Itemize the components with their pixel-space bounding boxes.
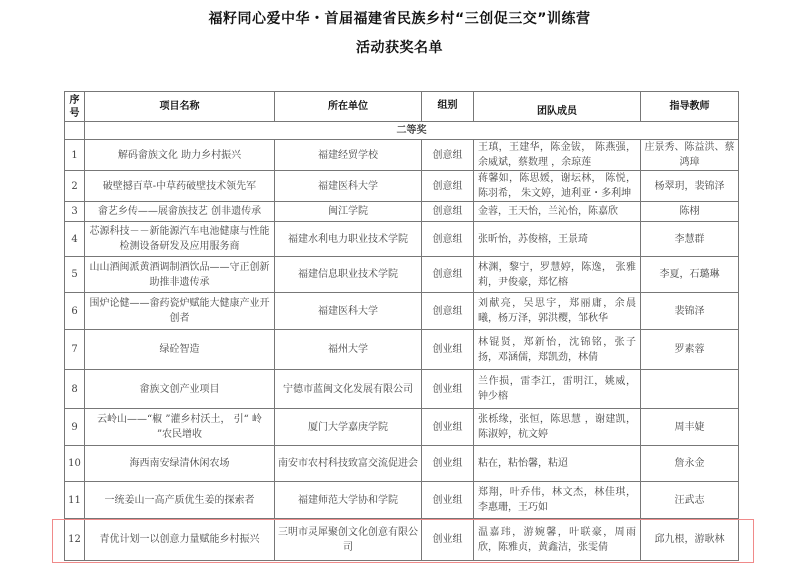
section-label: 二等奖 xyxy=(85,122,739,140)
project-name-cell: 绿砼智造 xyxy=(85,330,275,370)
advisor-cell xyxy=(641,370,739,409)
group-cell: 创意组 xyxy=(422,293,474,330)
table-row: 12青优计划一以创意力量赋能乡村振兴三明市灵犀聚创文化创意有限公司创业组温嘉玮，… xyxy=(65,519,739,561)
award-table: 序号 项目名称 所在单位 组别 团队成员 指导教师 二等奖 1解码畲族文化 助力… xyxy=(64,91,739,561)
advisor-cell: 周丰婕 xyxy=(641,409,739,446)
members-cell: 粘在，粘怡馨，粘迢 xyxy=(474,446,641,482)
seq-cell: 1 xyxy=(65,140,85,171)
unit-cell: 福建经贸学校 xyxy=(275,140,422,171)
group-cell: 创业组 xyxy=(422,370,474,409)
advisor-cell: 庄景秀、陈益洪、蔡鸿璋 xyxy=(641,140,739,171)
group-cell: 创意组 xyxy=(422,140,474,171)
unit-cell: 宁德市蓝闽文化发展有限公司 xyxy=(275,370,422,409)
group-cell: 创业组 xyxy=(422,446,474,482)
project-name-cell: 畲族文创产业项目 xyxy=(85,370,275,409)
table-row: 4芯源科技－－新能源汽车电池健康与性能检测设备研发及应用服务商福建水利电力职业技… xyxy=(65,222,739,257)
unit-cell: 福建师范大学协和学院 xyxy=(275,482,422,519)
table-row: 7绿砼智造福州大学创业组林锟贤，郑新怡，沈锦铭，张子扬，邓涵儒，郑凯劲，林倩罗素… xyxy=(65,330,739,370)
table-row: 2破壁撼百草-中草药破壁技术领先军福建医科大学创意组蒋馨如，陈思媛，谢坛林， 陈… xyxy=(65,171,739,202)
seq-cell: 6 xyxy=(65,293,85,330)
seq-cell: 7 xyxy=(65,330,85,370)
group-cell: 创业组 xyxy=(422,409,474,446)
section-row: 二等奖 xyxy=(65,122,739,140)
members-cell: 温嘉玮，游婉馨，叶联豪，周雨欣，陈雅贞，黄鑫洁，张雯倩 xyxy=(474,519,641,561)
header-unit: 所在单位 xyxy=(275,92,422,122)
group-cell: 创业组 xyxy=(422,330,474,370)
advisor-cell: 李慧群 xyxy=(641,222,739,257)
advisor-cell: 裴锦泽 xyxy=(641,293,739,330)
seq-cell: 8 xyxy=(65,370,85,409)
members-cell: 林锟贤，郑新怡，沈锦铭，张子扬，邓涵儒，郑凯劲，林倩 xyxy=(474,330,641,370)
members-cell: 刘献亮，吴思宇，郑丽庸，余晨曦，杨万泽，郭洪樱，邹秋华 xyxy=(474,293,641,330)
project-name-cell: 青优计划一以创意力量赋能乡村振兴 xyxy=(85,519,275,561)
group-cell: 创意组 xyxy=(422,257,474,293)
unit-cell: 闽江学院 xyxy=(275,202,422,222)
members-cell: 王瑱，王建华，陈金钹， 陈燕强，余威斌，蔡数理 ，余琼莲 xyxy=(474,140,641,171)
table-row: 5山山酒闽派黄酒调制酒饮品——守正创新助推非遗传承福建信息职业技术学院创意组林渊… xyxy=(65,257,739,293)
unit-cell: 福建水利电力职业技术学院 xyxy=(275,222,422,257)
members-cell: 张昕怡，苏俊榕，王景琦 xyxy=(474,222,641,257)
header-members: 团队成员 xyxy=(474,92,641,122)
table-row: 3畲艺乡传——展畲族技艺 创非遗传承闽江学院创意组金蓉，王天怡，兰沁怡，陈嘉欣陈… xyxy=(65,202,739,222)
unit-cell: 南安市农村科技致富交流促进会 xyxy=(275,446,422,482)
document-title: 福籽同心爱中华・首届福建省民族乡村“三创促三交”训练营 xyxy=(0,8,799,28)
project-name-cell: 一统姜山一高产质优生姜的探索者 xyxy=(85,482,275,519)
advisor-cell: 陈栩 xyxy=(641,202,739,222)
unit-cell: 三明市灵犀聚创文化创意有限公司 xyxy=(275,519,422,561)
members-cell: 张栎缘，张恒，陈思慧 ，谢建凯，陈淑婷，杭文婷 xyxy=(474,409,641,446)
advisor-cell: 罗素蓉 xyxy=(641,330,739,370)
unit-cell: 福州大学 xyxy=(275,330,422,370)
table-row: 1解码畲族文化 助力乡村振兴福建经贸学校创意组王瑱，王建华，陈金钹， 陈燕强，余… xyxy=(65,140,739,171)
seq-cell: 4 xyxy=(65,222,85,257)
project-name-cell: 解码畲族文化 助力乡村振兴 xyxy=(85,140,275,171)
header-seq: 序号 xyxy=(65,92,85,122)
section-seq-cell xyxy=(65,122,85,140)
seq-cell: 2 xyxy=(65,171,85,202)
advisor-cell: 汪武志 xyxy=(641,482,739,519)
table-row: 6围炉论健——畲药瓷炉赋能大健康产业开创者福建医科大学创意组刘献亮，吴思宇，郑丽… xyxy=(65,293,739,330)
group-cell: 创业组 xyxy=(422,519,474,561)
header-advisor: 指导教师 xyxy=(641,92,739,122)
members-cell: 蒋馨如，陈思媛，谢坛林， 陈悦， 陈羽希， 朱文婷，迪利亚・多利坤 xyxy=(474,171,641,202)
unit-cell: 福建医科大学 xyxy=(275,293,422,330)
group-cell: 创意组 xyxy=(422,171,474,202)
table-row: 9云岭山——“椒 ”灌乡村沃土， 引“ 岭 ”农民增收厦门大学嘉庚学院创业组张栎… xyxy=(65,409,739,446)
group-cell: 创意组 xyxy=(422,202,474,222)
advisor-cell: 杨翠玥，裴锦泽 xyxy=(641,171,739,202)
table-row: 8畲族文创产业项目宁德市蓝闽文化发展有限公司创业组兰作损，雷李江，雷明江，姚威，… xyxy=(65,370,739,409)
project-name-cell: 海西南安绿清休闲农场 xyxy=(85,446,275,482)
header-group: 组别 xyxy=(422,92,474,122)
project-name-cell: 芯源科技－－新能源汽车电池健康与性能检测设备研发及应用服务商 xyxy=(85,222,275,257)
seq-cell: 12 xyxy=(65,519,85,561)
project-name-cell: 云岭山——“椒 ”灌乡村沃土， 引“ 岭 ”农民增收 xyxy=(85,409,275,446)
seq-cell: 11 xyxy=(65,482,85,519)
document-subtitle: 活动获奖名单 xyxy=(0,37,799,57)
header-project: 项目名称 xyxy=(85,92,275,122)
unit-cell: 福建信息职业技术学院 xyxy=(275,257,422,293)
advisor-cell: 詹永金 xyxy=(641,446,739,482)
seq-cell: 10 xyxy=(65,446,85,482)
seq-cell: 3 xyxy=(65,202,85,222)
table-header-row: 序号 项目名称 所在单位 组别 团队成员 指导教师 xyxy=(65,92,739,122)
advisor-cell: 李夏，石璐琳 xyxy=(641,257,739,293)
project-name-cell: 畲艺乡传——展畲族技艺 创非遗传承 xyxy=(85,202,275,222)
project-name-cell: 破壁撼百草-中草药破壁技术领先军 xyxy=(85,171,275,202)
group-cell: 创业组 xyxy=(422,482,474,519)
unit-cell: 厦门大学嘉庚学院 xyxy=(275,409,422,446)
seq-cell: 5 xyxy=(65,257,85,293)
members-cell: 金蓉，王天怡，兰沁怡，陈嘉欣 xyxy=(474,202,641,222)
seq-cell: 9 xyxy=(65,409,85,446)
project-name-cell: 山山酒闽派黄酒调制酒饮品——守正创新助推非遗传承 xyxy=(85,257,275,293)
members-cell: 郑翔，叶乔伟，林文杰，林佳琪，李惠珊，王巧如 xyxy=(474,482,641,519)
members-cell: 林渊，黎宁，罗慧婷，陈逸， 张雅莉，尹俊豪，郑忆榕 xyxy=(474,257,641,293)
group-cell: 创意组 xyxy=(422,222,474,257)
advisor-cell: 邱九根，游耿林 xyxy=(641,519,739,561)
table-row: 11一统姜山一高产质优生姜的探索者福建师范大学协和学院创业组郑翔，叶乔伟，林文杰… xyxy=(65,482,739,519)
members-cell: 兰作损，雷李江，雷明江，姚威，钟少榕 xyxy=(474,370,641,409)
unit-cell: 福建医科大学 xyxy=(275,171,422,202)
project-name-cell: 围炉论健——畲药瓷炉赋能大健康产业开创者 xyxy=(85,293,275,330)
table-row: 10海西南安绿清休闲农场南安市农村科技致富交流促进会创业组粘在，粘怡馨，粘迢詹永… xyxy=(65,446,739,482)
